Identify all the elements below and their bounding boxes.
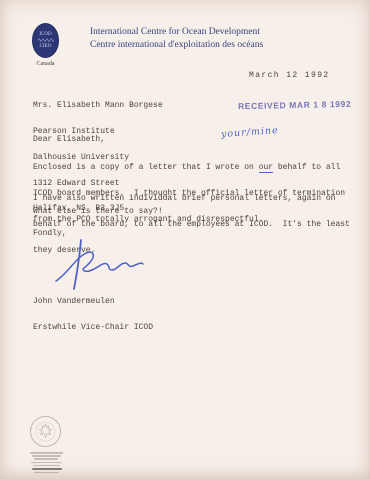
- footer-address-illegible: [30, 452, 64, 475]
- valediction: Fondly,: [33, 230, 67, 239]
- received-date-stamp: RECEIVED MAR 1 8 1992: [238, 99, 351, 111]
- footer-text-line: [31, 462, 62, 464]
- letter-page: ICOD ∿∿∿∿ CIEO Canada International Cent…: [0, 0, 370, 479]
- maple-leaf-icon: [35, 421, 56, 442]
- footer-text-line: [33, 465, 60, 467]
- org-name-french: Centre international d'exploitation des …: [90, 39, 263, 52]
- body-line: I have also written individual brief per…: [33, 195, 350, 204]
- body-paragraph-3: What else is there to say?!: [33, 208, 163, 217]
- body-text: Enclosed is a copy of a letter that I wr…: [33, 163, 259, 172]
- logo-text-bottom: CIEO: [33, 44, 58, 50]
- org-name-english: International Centre for Ocean Developme…: [90, 26, 263, 39]
- footer-text-line: [30, 452, 63, 454]
- salutation: Dear Elisabeth,: [33, 136, 105, 145]
- letter-date: March 12 1992: [249, 72, 330, 81]
- body-text: behalf to all: [273, 163, 340, 172]
- body-line: Enclosed is a copy of a letter that I wr…: [33, 164, 345, 173]
- signer-name: John Vandermeulen: [33, 298, 153, 307]
- underlined-word: our: [259, 163, 273, 173]
- footer-text-line: [32, 455, 61, 457]
- footer-text-line: [34, 458, 58, 460]
- logo-country-label: Canada: [27, 61, 64, 67]
- icod-logo: ICOD ∿∿∿∿ CIEO: [32, 23, 59, 58]
- handwritten-annotation: your/mine: [221, 125, 279, 140]
- footer-text-line: [34, 472, 59, 474]
- body-line: behalf of the board, to all the employee…: [33, 221, 350, 230]
- recipient-line: Mrs. Elisabeth Mann Borgese: [33, 102, 163, 111]
- letterhead-org-names: International Centre for Ocean Developme…: [90, 26, 263, 51]
- embossed-seal: [30, 416, 61, 447]
- signer-title: Erstwhile Vice-Chair ICOD: [33, 324, 153, 333]
- signer-block: John Vandermeulen Erstwhile Vice-Chair I…: [33, 281, 153, 350]
- footer-text-line: [32, 468, 62, 470]
